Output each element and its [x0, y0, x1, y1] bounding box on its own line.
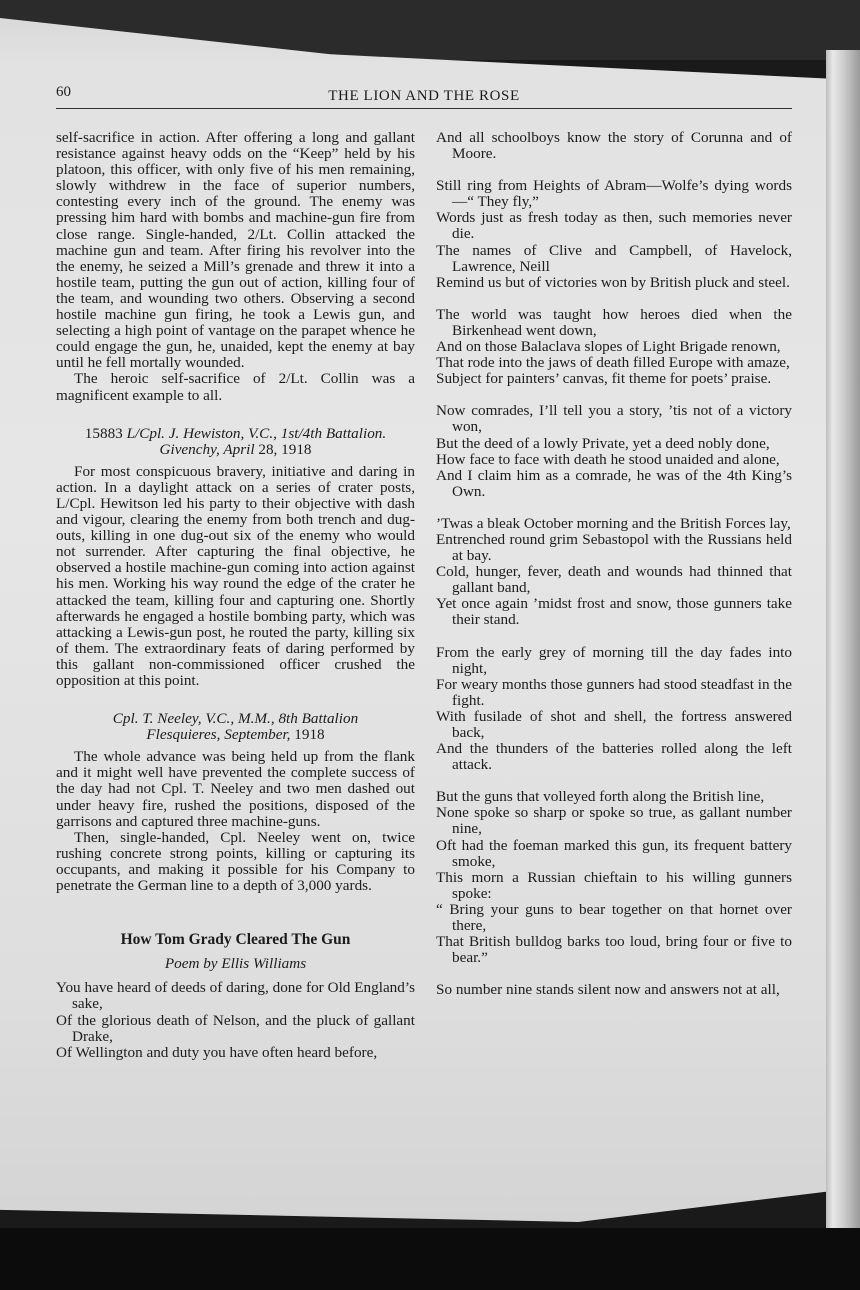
verse-line: Cold, hunger, fever, death and wounds ha… — [436, 564, 792, 596]
verse-line: So number nine stands silent now and ans… — [436, 982, 792, 998]
verse-line: For weary months those gunners had stood… — [436, 677, 792, 709]
background-bottom — [0, 1228, 860, 1290]
verse-line: Of the glorious death of Nelson, and the… — [56, 1013, 415, 1045]
verse-line: Still ring from Heights of Abram—Wolfe’s… — [436, 178, 792, 210]
citation-name: Cpl. T. Neeley, V.C., M.M., — [113, 710, 275, 727]
verse-line: How face to face with death he stood una… — [436, 452, 792, 468]
collin-paragraph-1: self-sacrifice in action. After offering… — [56, 130, 415, 371]
right-column: And all schoolboys know the story of Cor… — [436, 130, 792, 1014]
verse-line: Oft had the foeman marked this gun, its … — [436, 838, 792, 870]
verse-line: And I claim him as a comrade, he was of … — [436, 468, 792, 500]
verse-line: You have heard of deeds of daring, done … — [56, 980, 415, 1012]
verse-line: Subject for painters’ canvas, fit theme … — [436, 371, 792, 387]
verse-line: But the deed of a lowly Private, yet a d… — [436, 436, 792, 452]
citation-battalion: 1st/4th Battalion. — [281, 425, 386, 442]
page-edge — [826, 50, 860, 1230]
poem-stanza: So number nine stands silent now and ans… — [436, 982, 792, 998]
left-column: self-sacrifice in action. After offering… — [56, 130, 415, 1061]
citation-date: 1918 — [294, 726, 324, 743]
verse-line: The names of Clive and Campbell, of Have… — [436, 243, 792, 275]
running-title: THE LION AND THE ROSE — [56, 88, 792, 105]
poem-stanza: Now comrades, I’ll tell you a story, ’ti… — [436, 403, 792, 500]
verse-line: “ Bring your guns to bear together on th… — [436, 902, 792, 934]
verse-line: ’Twas a bleak October morning and the Br… — [436, 516, 792, 532]
verse-line: None spoke so sharp or spoke so true, as… — [436, 805, 792, 837]
neeley-paragraph-2: Then, single-handed, Cpl. Neeley went on… — [56, 830, 415, 894]
verse-line: Of Wellington and duty you have often he… — [56, 1045, 415, 1061]
verse-line: The world was taught how heroes died whe… — [436, 307, 792, 339]
verse-line: With fusilade of shot and shell, the for… — [436, 709, 792, 741]
verse-line: But the guns that volleyed forth along t… — [436, 789, 792, 805]
hewitson-citation: 15883 L/Cpl. J. Hewiston, V.C., 1st/4th … — [56, 426, 415, 458]
citation-name: L/Cpl. J. Hewiston, V.C., — [127, 425, 277, 442]
citation-place: Givenchy, April — [160, 441, 255, 458]
citation-number: 15883 — [85, 425, 123, 442]
verse-line: And on those Balaclava slopes of Light B… — [436, 339, 792, 355]
poem-stanza: And all schoolboys know the story of Cor… — [436, 130, 792, 162]
verse-line: And the thunders of the batteries rolled… — [436, 741, 792, 773]
poem-byline: Poem by Ellis Williams — [56, 956, 415, 972]
citation-date: 28, 1918 — [258, 441, 311, 458]
verse-line: Words just as fresh today as then, such … — [436, 210, 792, 242]
poem-stanza: But the guns that volleyed forth along t… — [436, 789, 792, 966]
poem-stanza: Still ring from Heights of Abram—Wolfe’s… — [436, 178, 792, 291]
verse-line: Remind us but of victories won by Britis… — [436, 275, 792, 291]
verse-line: That British bulldog barks too loud, bri… — [436, 934, 792, 966]
poem-stanza: You have heard of deeds of daring, done … — [56, 980, 415, 1060]
poem-stanza: From the early grey of morning till the … — [436, 645, 792, 774]
poem-title: How Tom Grady Cleared The Gun — [56, 932, 415, 948]
citation-battalion: 8th Battalion — [278, 710, 358, 727]
collin-paragraph-2: The heroic self-sacrifice of 2/Lt. Colli… — [56, 371, 415, 403]
citation-place: Flesquieres, September, — [146, 726, 290, 743]
verse-line: Now comrades, I’ll tell you a story, ’ti… — [436, 403, 792, 435]
running-header: 60 THE LION AND THE ROSE — [56, 84, 792, 109]
verse-line: Entrenched round grim Sebastopol with th… — [436, 532, 792, 564]
poem-stanza: ’Twas a bleak October morning and the Br… — [436, 516, 792, 629]
poem-stanza: The world was taught how heroes died whe… — [436, 307, 792, 387]
verse-line: From the early grey of morning till the … — [436, 645, 792, 677]
verse-line: That rode into the jaws of death filled … — [436, 355, 792, 371]
neeley-citation: Cpl. T. Neeley, V.C., M.M., 8th Battalio… — [56, 711, 415, 743]
verse-line: Yet once again ’midst frost and snow, th… — [436, 596, 792, 628]
verse-line: This morn a Russian chieftain to his wil… — [436, 870, 792, 902]
verse-line: And all schoolboys know the story of Cor… — [436, 130, 792, 162]
hewitson-paragraph: For most conspicuous bravery, initiative… — [56, 464, 415, 689]
neeley-paragraph-1: The whole advance was being held up from… — [56, 749, 415, 829]
